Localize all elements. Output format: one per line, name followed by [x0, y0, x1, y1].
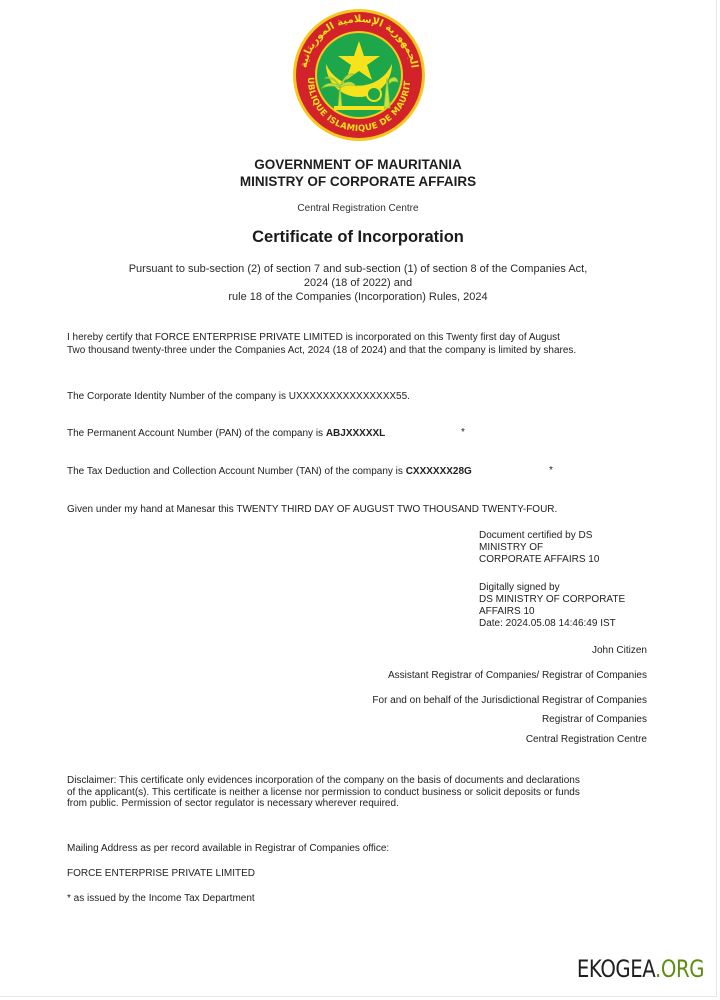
on-behalf-line: For and on behalf of the Jurisdictional … — [372, 695, 647, 706]
watermark-logo: EKOGEA.ORG — [577, 955, 704, 983]
given-under-hand-statement: Given under my hand at Manesar this TWEN… — [67, 503, 557, 516]
certification-statement: I hereby certify that FORCE ENTERPRISE P… — [67, 331, 647, 357]
government-name: GOVERNMENT OF MAURITANIA — [0, 156, 716, 173]
document-certified-by: Document certified by DS MINISTRY OF COR… — [479, 530, 599, 566]
issuer-heading: GOVERNMENT OF MAURITANIA MINISTRY OF COR… — [0, 156, 716, 190]
registrar-line: Registrar of Companies — [542, 714, 647, 725]
ministry-name: MINISTRY OF CORPORATE AFFAIRS — [0, 173, 716, 190]
footnote: * as issued by the Income Tax Department — [67, 892, 255, 905]
document-title: Certificate of Incorporation — [0, 228, 716, 247]
office-name: Central Registration Centre — [0, 203, 716, 214]
signer-role: Assistant Registrar of Companies/ Regist… — [388, 670, 647, 681]
mailing-address-label: Mailing Address as per record available … — [67, 842, 389, 855]
tan-value: CXXXXXX28G — [406, 466, 472, 477]
pan-footnote-marker: * — [461, 427, 465, 438]
disclaimer: Disclaimer: This certificate only eviden… — [67, 775, 647, 810]
centre-line: Central Registration Centre — [526, 734, 647, 745]
digital-signature: Digitally signed by DS MINISTRY OF CORPO… — [479, 582, 625, 630]
pursuant-clause: Pursuant to sub-section (2) of section 7… — [0, 262, 716, 304]
tan-statement: The Tax Deduction and Collection Account… — [67, 465, 472, 478]
signature-date: Date: 2024.05.08 14:46:49 IST — [479, 618, 625, 630]
certificate-page: RÉPUBLIQUE ISLAMIQUE DE MAURITANIE الجمه… — [0, 0, 717, 997]
pan-value: ABJXXXXXL — [326, 428, 385, 439]
mauritania-national-seal-icon: RÉPUBLIQUE ISLAMIQUE DE MAURITANIE الجمه… — [292, 8, 426, 142]
mailing-company-name: FORCE ENTERPRISE PRIVATE LIMITED — [67, 867, 255, 880]
signer-name: John Citizen — [592, 645, 647, 656]
corporate-identity-number: The Corporate Identity Number of the com… — [67, 390, 410, 403]
tan-footnote-marker: * — [549, 465, 553, 476]
pan-statement: The Permanent Account Number (PAN) of th… — [67, 427, 385, 440]
